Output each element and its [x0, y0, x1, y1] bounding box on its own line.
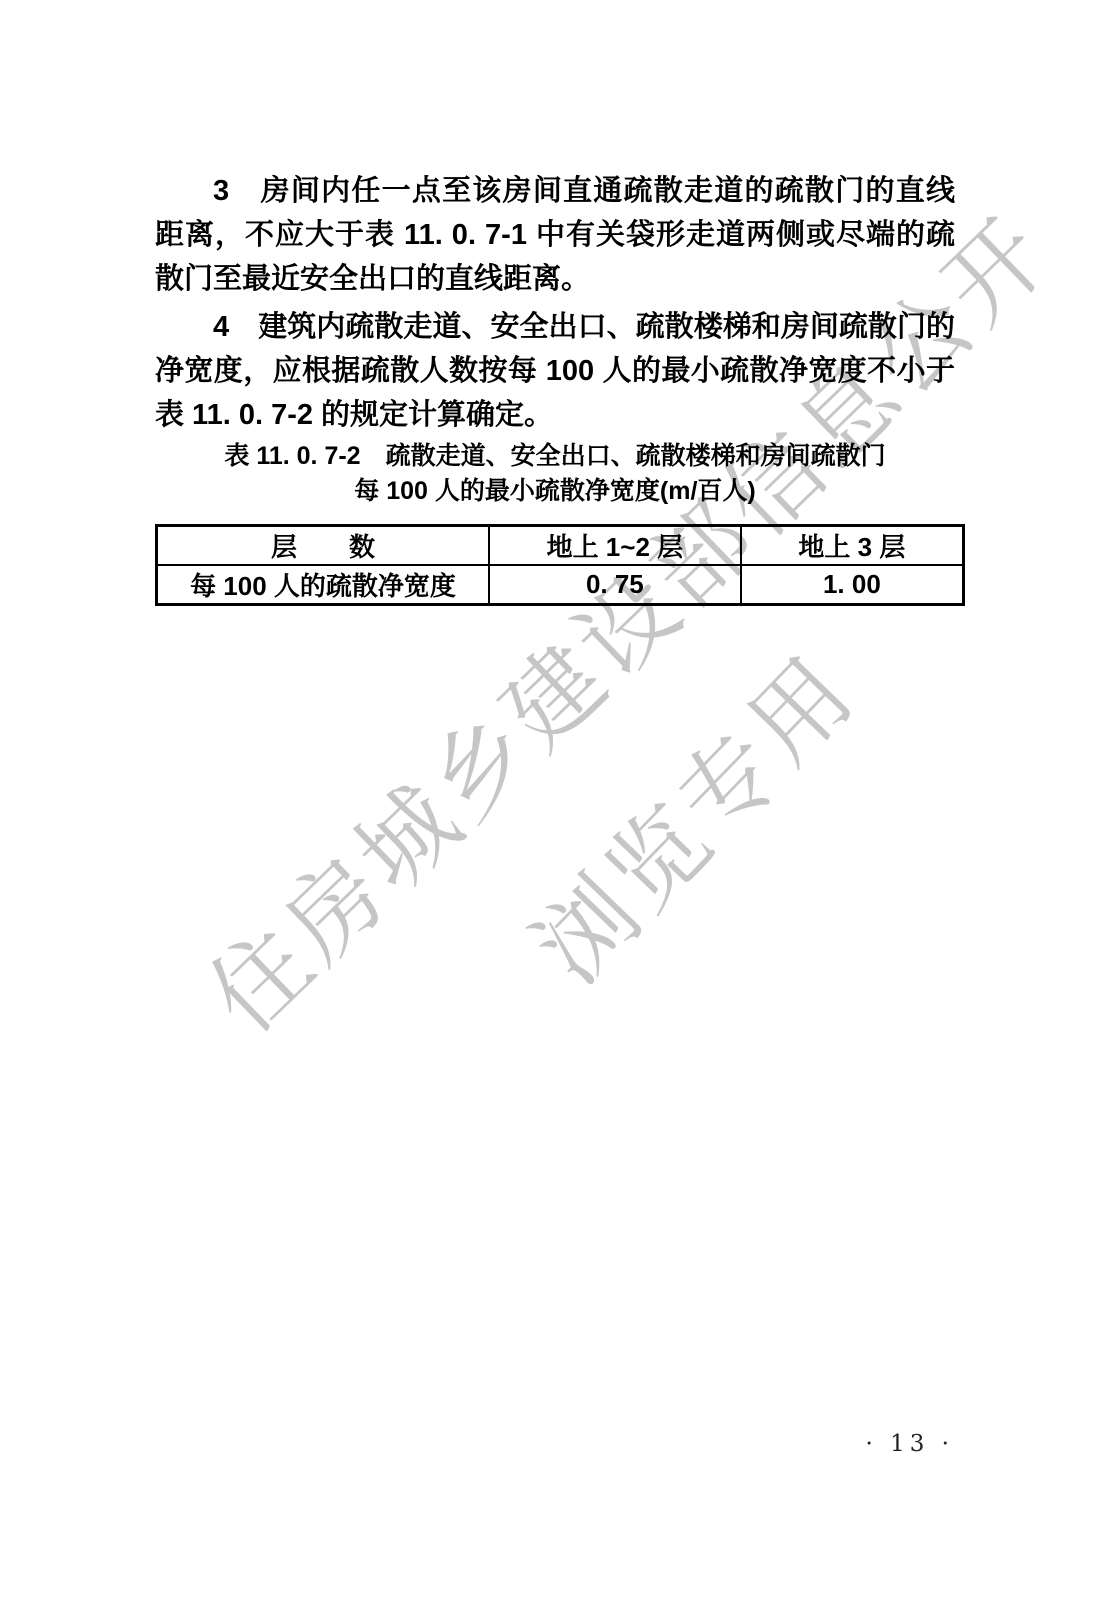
- table-cell-row-label: 每 100 人的疏散净宽度: [157, 565, 489, 605]
- table-caption: 表 11. 0. 7-2 疏散走道、安全出口、疏散楼梯和房间疏散门 每 100 …: [155, 439, 955, 509]
- paragraph-4-line-3: 表 11. 0. 7-2 的规定计算确定。: [155, 393, 955, 437]
- table-header-floors: 层 数: [157, 526, 489, 566]
- paragraph-4-line-1: 4 建筑内疏散走道、安全出口、疏散楼梯和房间疏散门的: [155, 305, 955, 349]
- paragraph-item-4: 4 建筑内疏散走道、安全出口、疏散楼梯和房间疏散门的 净宽度，应根据疏散人数按每…: [155, 305, 955, 437]
- table-header-above-ground-1-2: 地上 1~2 层: [489, 526, 741, 566]
- table-header-row: 层 数 地上 1~2 层 地上 3 层: [157, 526, 964, 566]
- table-cell-value-3: 1. 00: [741, 565, 964, 605]
- paragraph-4-line-2: 净宽度，应根据疏散人数按每 100 人的最小疏散净宽度不小于: [155, 349, 955, 393]
- evacuation-width-table: 层 数 地上 1~2 层 地上 3 层 每 100 人的疏散净宽度 0. 75 …: [155, 524, 965, 606]
- page-number: · 13 ·: [865, 1431, 954, 1457]
- document-page: 住房城乡建设部信息公开 浏览专用 3 房间内任一点至该房间直通疏散走道的疏散门的…: [0, 0, 1102, 1598]
- page-content: 3 房间内任一点至该房间直通疏散走道的疏散门的直线 距离，不应大于表 11. 0…: [155, 169, 955, 606]
- paragraph-3-line-1: 3 房间内任一点至该房间直通疏散走道的疏散门的直线: [155, 169, 955, 213]
- paragraph-3-line-3: 散门至最近安全出口的直线距离。: [155, 257, 955, 301]
- table-row: 每 100 人的疏散净宽度 0. 75 1. 00: [157, 565, 964, 605]
- table-cell-value-1-2: 0. 75: [489, 565, 741, 605]
- table-header-above-ground-3: 地上 3 层: [741, 526, 964, 566]
- paragraph-item-3: 3 房间内任一点至该房间直通疏散走道的疏散门的直线 距离，不应大于表 11. 0…: [155, 169, 955, 301]
- paragraph-3-line-2: 距离，不应大于表 11. 0. 7-1 中有关袋形走道两侧或尽端的疏: [155, 213, 955, 257]
- table-caption-line-1: 表 11. 0. 7-2 疏散走道、安全出口、疏散楼梯和房间疏散门: [155, 439, 955, 474]
- table-caption-line-2: 每 100 人的最小疏散净宽度(m/百人): [155, 474, 955, 509]
